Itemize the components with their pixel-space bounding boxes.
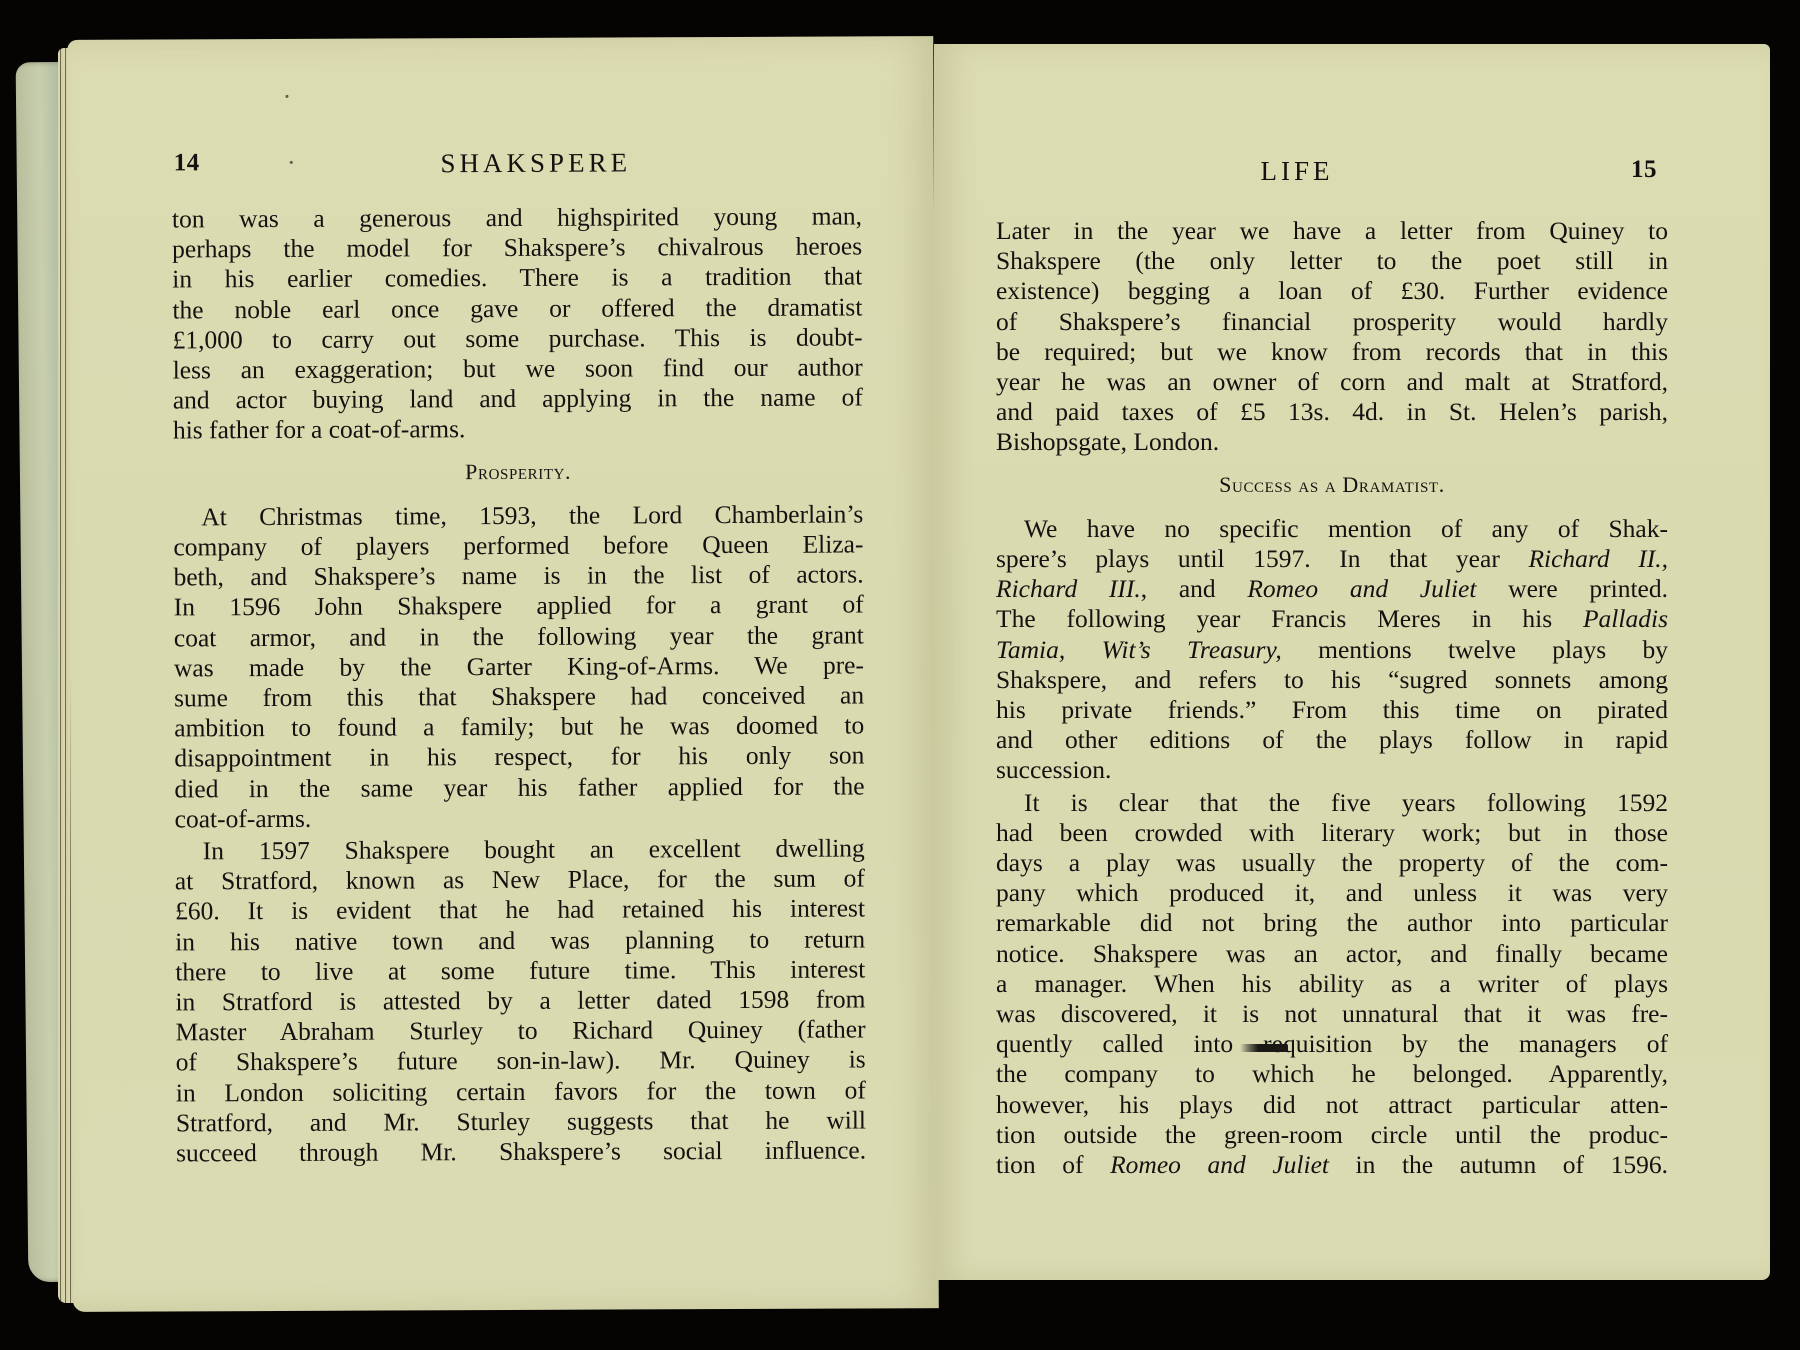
section-heading-success-as-a-dramatist: Success as a Dramatist.	[996, 470, 1668, 500]
text-line: the noble earl once gave or offered the …	[172, 292, 862, 325]
text-line: and paid taxes of £5 13s. 4d. in St. Hel…	[996, 397, 1668, 427]
text-line: £1,000 to carry out some purchase. This …	[172, 322, 862, 355]
paragraph-new-place: In 1597 Shakspere bought an excellent dw…	[175, 833, 866, 1168]
left-body-text: ton was a generous and highspirited youn…	[172, 201, 866, 1168]
right-running-head: LIFE 15	[934, 156, 1770, 196]
text-line: days a play was usually the property of …	[996, 848, 1668, 878]
text-line: had been crowded with literary work; but…	[996, 818, 1668, 848]
text-line: beth, and Shakspere’s name is in the lis…	[174, 560, 864, 593]
text-line: existence) begging a loan of £30. Furthe…	[996, 276, 1668, 306]
text-line: be required; but we know from records th…	[996, 337, 1668, 367]
text-line: of Shakspere’s future son-in-law). Mr. Q…	[176, 1045, 866, 1078]
page-number-right: 15	[1631, 156, 1657, 184]
text-line: Stratford, and Mr. Sturley suggests that…	[176, 1105, 866, 1138]
text-line: his father for a coat-of-arms.	[173, 413, 863, 446]
text-line: ton was a generous and highspirited youn…	[172, 201, 862, 234]
paper-speck	[285, 95, 288, 98]
text-line: in Stratford is attested by a letter dat…	[175, 985, 865, 1018]
text-line: tion outside the green-room circle until…	[996, 1120, 1668, 1150]
text-run: in the autumn of 1596.	[1329, 1150, 1668, 1179]
text-run: spere’s plays until 1597. In that year	[996, 544, 1528, 573]
text-line: At Christmas time, 1593, the Lord Chambe…	[173, 499, 863, 532]
italic-title: Richard II.,	[1528, 544, 1668, 573]
text-line: died in the same year his father applied…	[174, 771, 864, 804]
italic-title: Romeo and Juliet	[1110, 1150, 1329, 1179]
text-line: company of players performed before Quee…	[173, 529, 863, 562]
paragraph-christmas: At Christmas time, 1593, the Lord Chambe…	[173, 499, 864, 834]
text-line: his private friends.” From this time on …	[996, 695, 1668, 725]
text-line: pany which produced it, and unless it wa…	[996, 878, 1668, 908]
text-line: We have no specific mention of any of Sh…	[996, 514, 1668, 544]
text-line: remarkable did not bring the author into…	[996, 908, 1668, 938]
text-line: in his earlier comedies. There is a trad…	[172, 262, 862, 295]
text-line: was made by the Garter King-of-Arms. We …	[174, 650, 864, 683]
paragraph-continuation: ton was a generous and highspirited youn…	[172, 201, 863, 446]
text-line: however, his plays did not attract parti…	[996, 1090, 1668, 1120]
text-line: ambition to found a family; but he was d…	[174, 711, 864, 744]
text-line: perhaps the model for Shakspere’s chival…	[172, 232, 862, 265]
end-ornament-icon	[1240, 1044, 1288, 1052]
italic-title: Palladis	[1583, 604, 1668, 633]
text-line: at Stratford, known as New Place, for th…	[175, 864, 865, 897]
text-line: year he was an owner of corn and malt at…	[996, 367, 1668, 397]
right-body-text: Later in the year we have a letter from …	[996, 216, 1668, 1180]
running-head-title-right: LIFE	[824, 156, 1770, 187]
text-line: a manager. When his ability as a writer …	[996, 969, 1668, 999]
text-line: notice. Shakspere was an actor, and fina…	[996, 939, 1668, 969]
text-run: The following year Francis Meres in his	[996, 604, 1583, 633]
text-line: less an exaggeration; but we soon find o…	[173, 352, 863, 385]
text-line: quently called into requisition by the m…	[996, 1029, 1668, 1059]
text-line: Later in the year we have a letter from …	[996, 216, 1668, 246]
text-line: The following year Francis Meres in his …	[996, 604, 1668, 634]
text-line: Bishopsgate, London.	[996, 427, 1668, 457]
text-line: there to live at some future time. This …	[175, 954, 865, 987]
text-line: Richard III., and Romeo and Juliet were …	[996, 574, 1668, 604]
italic-title: Tamia, Wit’s Treasury,	[996, 635, 1282, 664]
paragraph-five-years: It is clear that the five years followin…	[996, 788, 1668, 1181]
text-line: In 1596 John Shakspere applied for a gra…	[174, 590, 864, 623]
book-spread: 14 SHAKSPERE ton was a generous and high…	[0, 0, 1800, 1350]
italic-title: Romeo and Juliet	[1247, 574, 1476, 603]
text-line: and actor buying land and applying in th…	[173, 383, 863, 416]
text-line: coat-of-arms.	[175, 801, 865, 834]
text-line: was discovered, it is not unnatural that…	[996, 999, 1668, 1029]
left-page: 14 SHAKSPERE ton was a generous and high…	[67, 36, 939, 1312]
text-line: sume from this that Shakspere had concei…	[174, 680, 864, 713]
text-run: were printed.	[1476, 574, 1668, 603]
text-line: Shakspere (the only letter to the poet s…	[996, 246, 1668, 276]
text-line: in London soliciting certain favors for …	[176, 1075, 866, 1108]
paper-speck	[290, 161, 293, 164]
running-head-title-left: SHAKSPERE	[138, 146, 934, 180]
italic-title: Richard III.	[996, 574, 1141, 603]
text-line: It is clear that the five years followin…	[996, 788, 1668, 818]
text-line: In 1597 Shakspere bought an excellent dw…	[175, 833, 865, 866]
text-line: the company to which he belonged. Appare…	[996, 1059, 1668, 1089]
text-line: disappointment in his respect, for his o…	[174, 741, 864, 774]
text-line: Master Abraham Sturley to Richard Quiney…	[175, 1015, 865, 1048]
text-line: in his native town and was planning to r…	[175, 924, 865, 957]
text-line: tion of Romeo and Juliet in the autumn o…	[996, 1150, 1668, 1180]
text-line: Shakspere, and refers to his “sugred son…	[996, 665, 1668, 695]
section-heading-prosperity: Prosperity.	[173, 455, 863, 488]
text-line: of Shakspere’s financial prosperity woul…	[996, 307, 1668, 337]
left-running-head: 14 SHAKSPERE	[68, 146, 934, 190]
paragraph-quiney-letter: Later in the year we have a letter from …	[996, 216, 1668, 458]
text-line: and other editions of the plays follow i…	[996, 725, 1668, 755]
text-line: succession.	[996, 755, 1668, 785]
text-line: spere’s plays until 1597. In that year R…	[996, 544, 1668, 574]
text-run: tion of	[996, 1150, 1110, 1179]
text-line: coat armor, and in the following year th…	[174, 620, 864, 653]
text-line: succeed through Mr. Shakspere’s social i…	[176, 1136, 866, 1169]
text-line: £60. It is evident that he had retained …	[175, 894, 865, 927]
text-line: Tamia, Wit’s Treasury, mentions twelve p…	[996, 635, 1668, 665]
right-page: LIFE 15 Later in the year we have a lett…	[934, 44, 1770, 1280]
text-run: , and	[1141, 574, 1248, 603]
text-run: mentions twelve plays by	[1282, 635, 1668, 664]
paragraph-specific-mention: We have no specific mention of any of Sh…	[996, 514, 1668, 786]
